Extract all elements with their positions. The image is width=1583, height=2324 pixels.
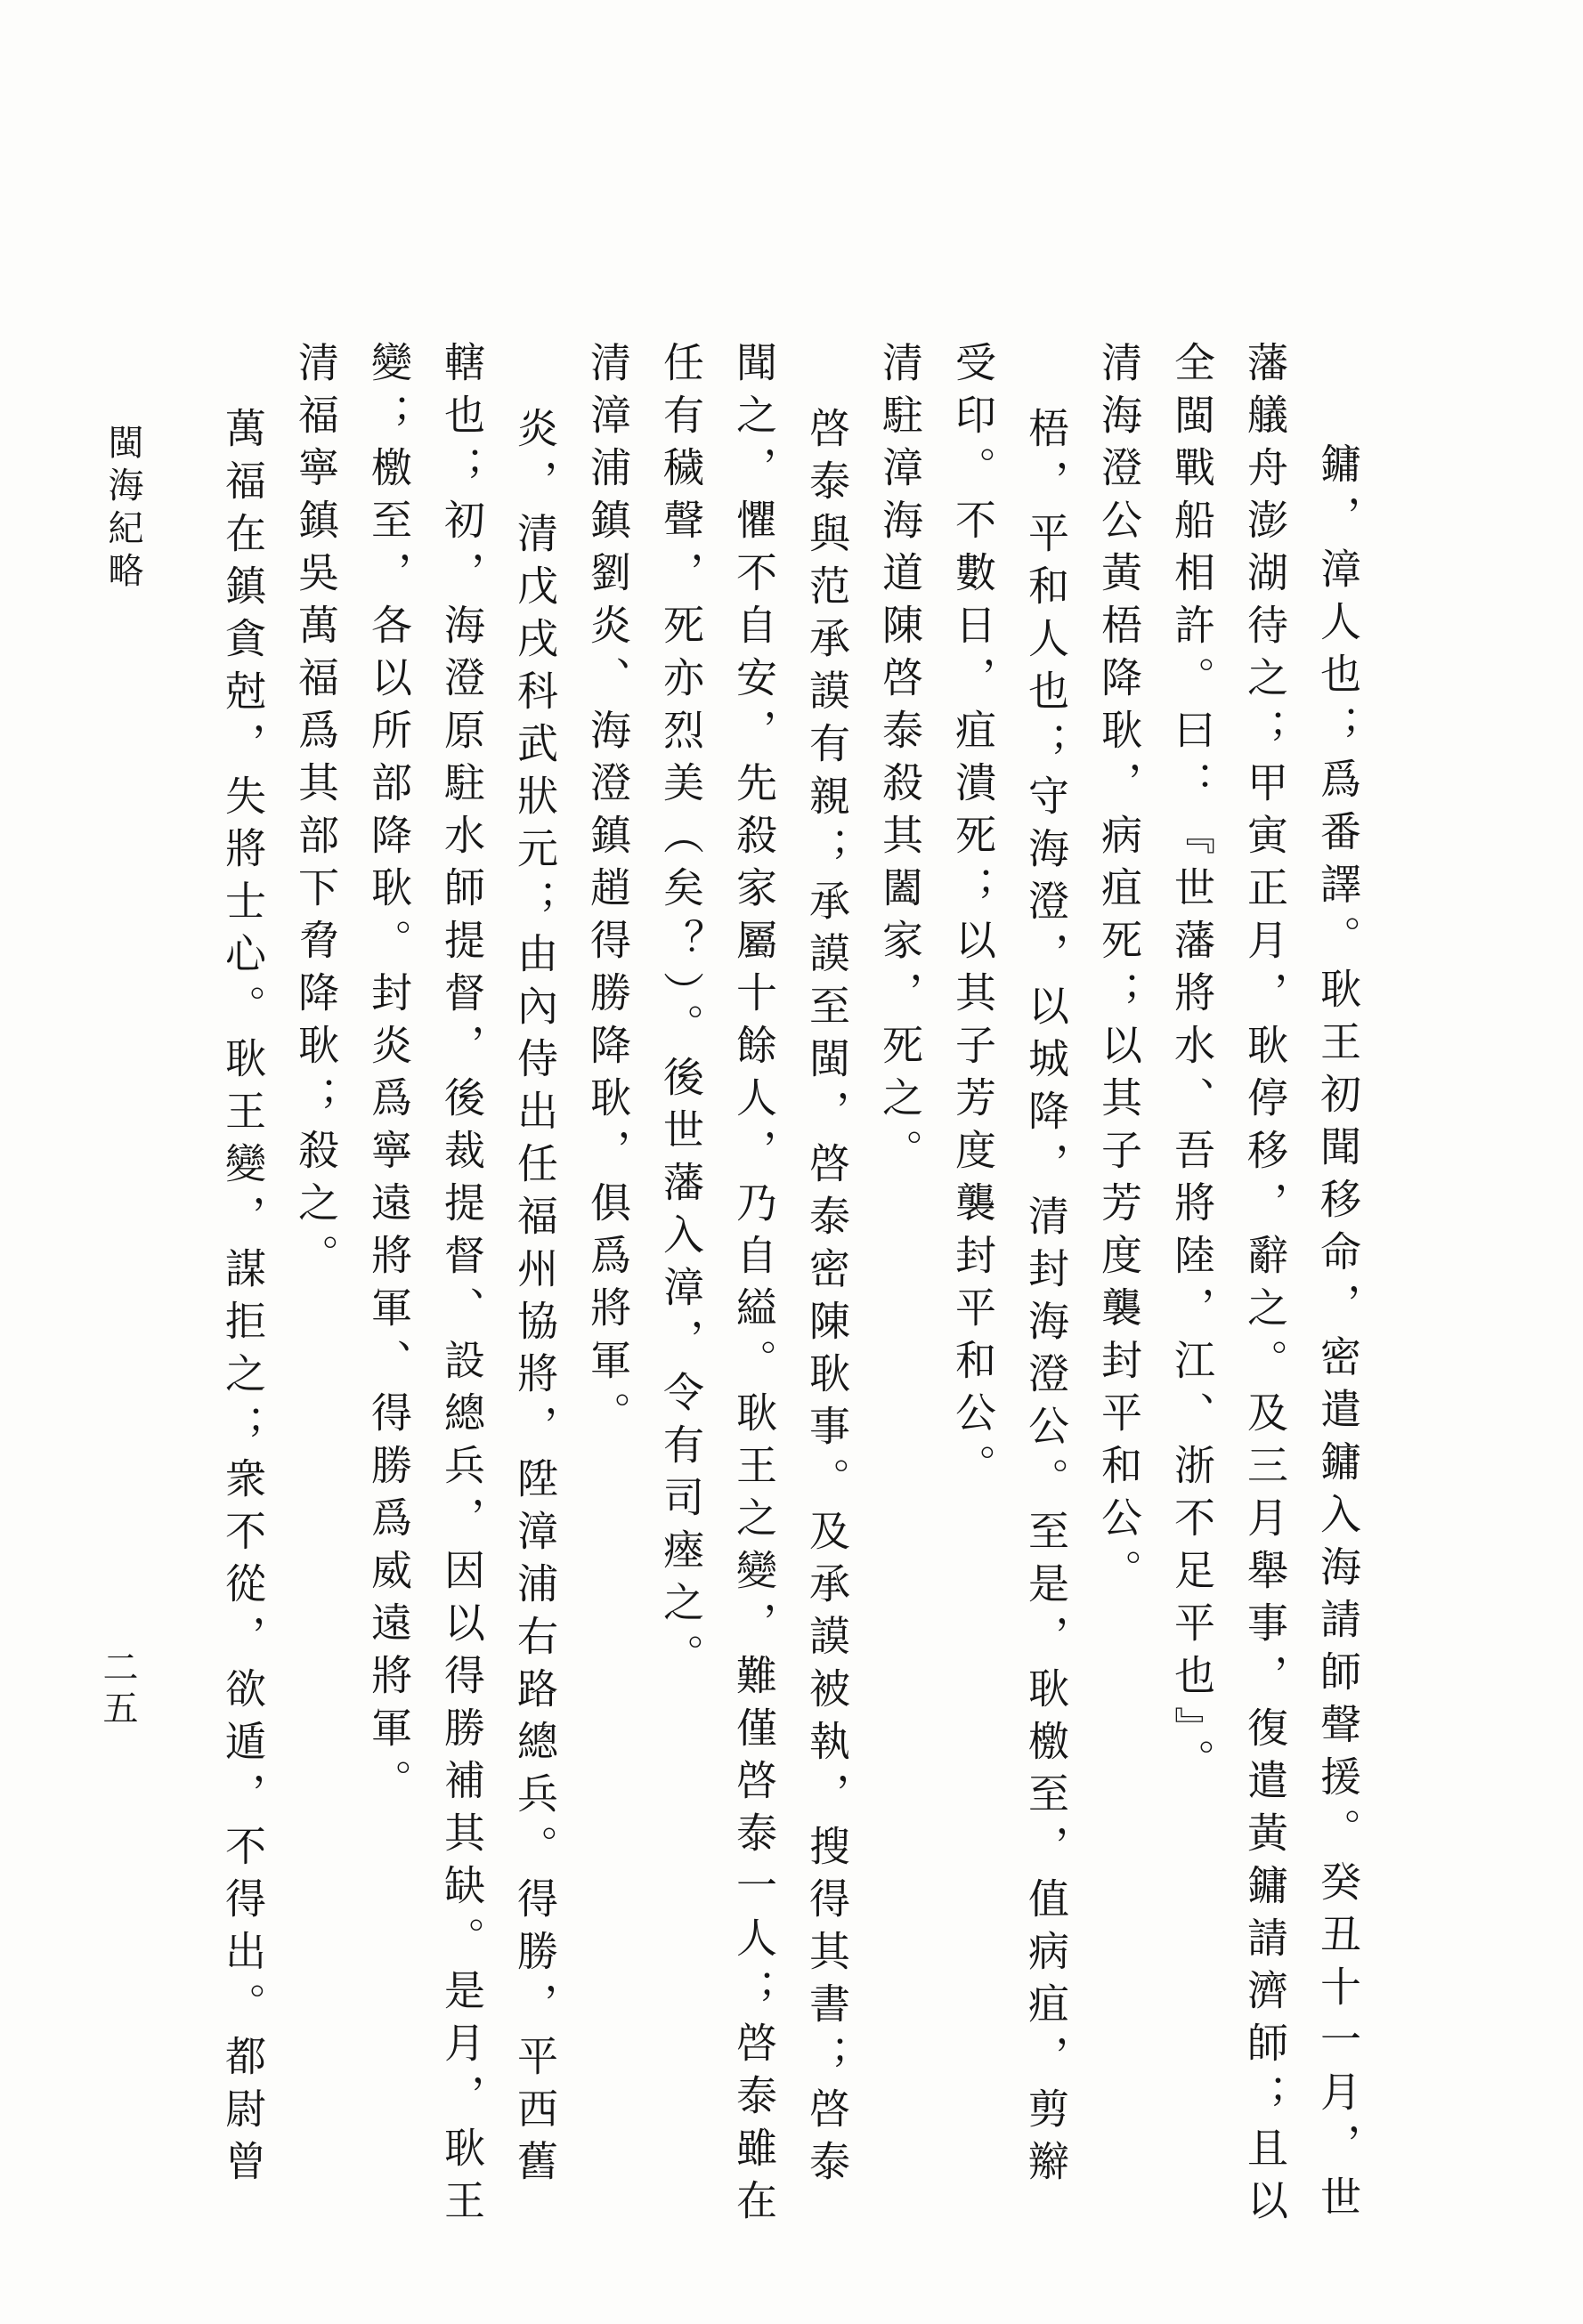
text-column: 受印。不數日，疽潰死；以其子芳度襲封平和公。 — [937, 341, 1010, 2174]
text-column: 變；檄至，各以所部降耿。封炎爲寧遠將軍、得勝爲威遠將軍。 — [353, 341, 426, 2174]
book-page: 鏞，漳人也；爲番譯。耿王初聞移命，密遣鏞入海請師聲援。癸丑十一月，世藩艤舟澎湖待… — [0, 0, 1583, 2324]
running-title: 閩海紀略 — [96, 424, 150, 595]
text-column: 清漳浦鎮劉炎、海澄鎮趙得勝降耿，俱爲將軍。 — [572, 341, 645, 2174]
text-column: 啓泰與范承謨有親；承謨至閩，啓泰密陳耿事。及承謨被執，搜得其書；啓泰 — [791, 341, 864, 2174]
text-column: 清駐漳海道陳啓泰殺其闔家，死之。 — [864, 341, 937, 2174]
text-column: 聞之，懼不自安，先殺家屬十餘人，乃自縊。耿王之變，難僅啓泰一人；啓泰雖在 — [718, 341, 791, 2174]
text-column: 萬福在鎮貪尅，失將士心。耿王變，謀拒之；衆不從，欲遁，不得出。都尉曾 — [207, 341, 280, 2174]
text-column: 炎，清戊戌科武狀元；由內侍出任福州協將，陞漳浦右路總兵。得勝，平西舊 — [499, 341, 572, 2174]
text-column: 轄也；初，海澄原駐水師提督，後裁提督、設總兵，因以得勝補其缺。是月，耿王 — [426, 341, 499, 2174]
text-column: 清海澄公黃梧降耿，病疽死；以其子芳度襲封平和公。 — [1083, 341, 1156, 2174]
text-column: 鏞，漳人也；爲番譯。耿王初聞移命，密遣鏞入海請師聲援。癸丑十一月，世 — [1302, 341, 1375, 2174]
text-column: 全閩戰船相許。曰：『世藩將水、吾將陸，江、浙不足平也』。 — [1156, 341, 1229, 2174]
text-column: 任有穢聲，死亦烈美（矣？）。後世藩入漳，令有司瘞之。 — [645, 341, 718, 2174]
text-column: 梧，平和人也；守海澄，以城降，清封海澄公。至是，耿檄至，值病疽，剪辮 — [1010, 341, 1083, 2174]
text-block: 鏞，漳人也；爲番譯。耿王初聞移命，密遣鏞入海請師聲援。癸丑十一月，世藩艤舟澎湖待… — [207, 341, 1375, 2174]
page-number: 二五 — [91, 1648, 144, 1730]
text-column: 藩艤舟澎湖待之；甲寅正月，耿停移，辭之。及三月舉事，復遣黃鏞請濟師；且以 — [1229, 341, 1302, 2174]
text-column: 清福寧鎮吳萬福爲其部下脅降耿；殺之。 — [280, 341, 353, 2174]
